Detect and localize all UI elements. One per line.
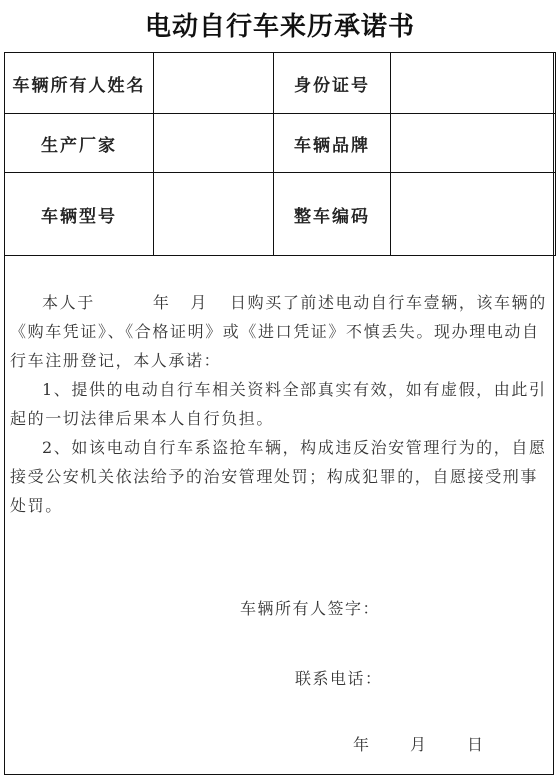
id-number-label: 身份证号 bbox=[274, 53, 391, 114]
brand-field[interactable] bbox=[391, 114, 556, 173]
owner-signature-label: 车辆所有人签字： bbox=[240, 596, 380, 619]
intro-year-label: 年 bbox=[153, 293, 171, 312]
owner-name-label: 车辆所有人姓名 bbox=[5, 53, 154, 114]
document-title: 电动自行车来历承诺书 bbox=[0, 6, 560, 43]
table-row: 车辆所有人姓名 身份证号 bbox=[5, 53, 556, 114]
statement-intro: 本人于年月日购买了前述电动自行车壹辆，该车辆的《购车凭证》、《合格证明》或《进口… bbox=[10, 288, 550, 375]
owner-name-field[interactable] bbox=[154, 53, 274, 114]
vin-label: 整车编码 bbox=[274, 173, 391, 256]
date-year-label: 年 bbox=[353, 732, 371, 755]
statement-body: 本人于年月日购买了前述电动自行车壹辆，该车辆的《购车凭证》、《合格证明》或《进口… bbox=[10, 288, 550, 520]
vin-field[interactable] bbox=[391, 173, 556, 256]
brand-label: 车辆品牌 bbox=[274, 114, 391, 173]
phone-label: 联系电话： bbox=[295, 666, 383, 689]
date-month-label: 月 bbox=[410, 732, 428, 755]
table-row: 生产厂家 车辆品牌 bbox=[5, 114, 556, 173]
model-label: 车辆型号 bbox=[5, 173, 154, 256]
table-row: 车辆型号 整车编码 bbox=[5, 173, 556, 256]
date-day-label: 日 bbox=[467, 732, 485, 755]
manufacturer-field[interactable] bbox=[154, 114, 274, 173]
model-field[interactable] bbox=[154, 173, 274, 256]
commitment-item-1: 1、提供的电动自行车相关资料全部真实有效，如有虚假，由此引起的一切法律后果本人自… bbox=[10, 375, 550, 433]
commitment-item-2: 2、如该电动自行车系盗抢车辆，构成违反治安管理行为的，自愿接受公安机关依法给予的… bbox=[10, 433, 550, 520]
info-table: 车辆所有人姓名 身份证号 生产厂家 车辆品牌 车辆型号 整车编码 bbox=[4, 52, 556, 256]
intro-month-label: 月 bbox=[190, 293, 208, 312]
manufacturer-label: 生产厂家 bbox=[5, 114, 154, 173]
id-number-field[interactable] bbox=[391, 53, 556, 114]
intro-text: 本人于 bbox=[42, 293, 95, 312]
